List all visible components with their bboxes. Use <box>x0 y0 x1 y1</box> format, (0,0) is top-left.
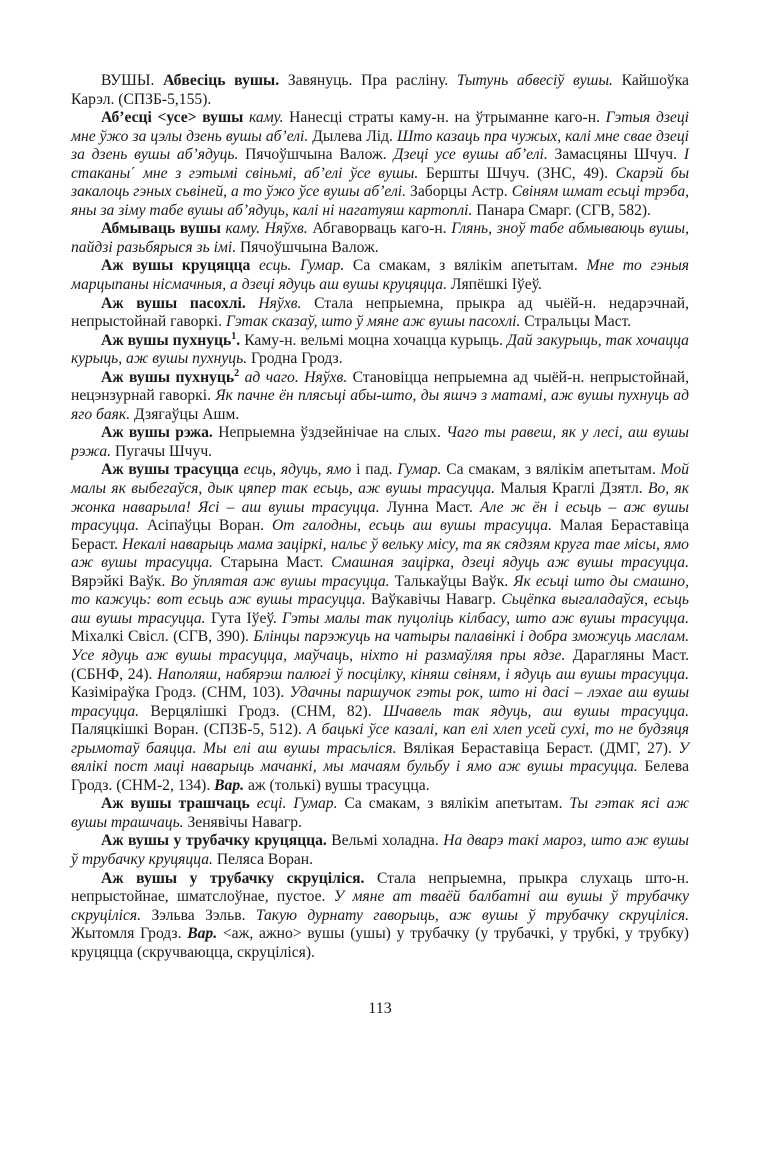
headword: Абвесіць вушы. <box>163 72 279 89</box>
body-text: Верцялішкі Гродз. (СНМ, 82). <box>139 703 383 720</box>
body-text: Казіміраўка Гродз. (СНМ, 103). <box>71 684 290 701</box>
italic-text: От галодны, есьць аш вушы трасуцца. <box>272 517 552 534</box>
body-text: Каму-н. вельмі моцна хочацца курыць. <box>240 332 507 349</box>
body-text: Вялікая Бераставіца Бераст. (ДМГ, 27). <box>397 740 679 757</box>
italic-text: Гэтак сказаў, што ў мяне аж вушы пасохлі… <box>226 313 520 330</box>
body-text: Талькаўцы Ваўк. <box>390 573 514 590</box>
body-text: Жытомля Гродз. <box>71 925 187 942</box>
italic-text: есць, ядуць, ямо <box>239 461 352 478</box>
italic-text: есці. Гумар. <box>250 795 338 812</box>
italic-text: есць. Гумар. <box>250 257 344 274</box>
dictionary-entry: Аж вушы трашчаць есці. Гумар. Са смакам,… <box>71 795 689 832</box>
body-text: Панара Смарг. (СГВ, 582). <box>472 202 651 219</box>
body-text: Пячоўшчына Валож. <box>238 146 393 163</box>
body-text: Гута Іўеў. <box>206 610 283 627</box>
body-text: Вельмі холадна. <box>327 832 443 849</box>
body-text: ВУШЫ. <box>101 72 163 89</box>
body-text: Зенявічы Навагр. <box>184 814 302 831</box>
body-text: Старына Маст. <box>213 554 331 571</box>
dictionary-entry: Аж вушы пасохлі. Няўхв. Стала непрыемна,… <box>71 295 689 332</box>
body-text: Пугачы Шчуч. <box>111 443 212 460</box>
body-text: Ваўкавічы Навагр. <box>366 591 502 608</box>
italic-text: Дзеці усе вушы аб’елі. <box>393 146 547 163</box>
body-text: Абгаворваць каго-н. <box>308 220 452 237</box>
dictionary-entry: Аж вушы трасуцца есць, ядуць, ямо і пад.… <box>71 461 689 795</box>
headword: Аж вушы круцяцца <box>101 257 250 274</box>
dictionary-entry: Аж вушы рэжа. Непрыемна ўздзейнічае на с… <box>71 424 689 461</box>
body-text: Заборцы Астр. <box>406 183 512 200</box>
italic-text: Шчавель так ядуць, аш вушы трасуцца. <box>383 703 689 720</box>
body-text: аж (толькі) вушы трасуцца. <box>244 777 430 794</box>
headword: Аж вушы трасуцца <box>101 461 239 478</box>
italic-text: каму. <box>243 109 283 126</box>
body-text: Малыя Краглі Дзятл. <box>495 480 648 497</box>
body-text: і пад. <box>351 461 397 478</box>
body-text: Стральцы Маст. <box>520 313 631 330</box>
italic-text: Гэты малы так пуцоліць кілбасу, што аж в… <box>282 610 689 627</box>
italic-text: Няўхв. <box>246 295 302 312</box>
dictionary-entry: Аж вушы круцяцца есць. Гумар. Са смакам,… <box>71 257 689 294</box>
dictionary-entry: Аж вушы пухнуць2 ад чаго. Няўхв. Станові… <box>71 369 689 425</box>
body-text: Зэльва Зэльв. <box>141 907 256 924</box>
italic-text: Во ўплятая аж вушы трасуцца. <box>170 573 389 590</box>
dictionary-entry: Аб’есці <усе> вушы каму. Нанесці страты … <box>71 109 689 220</box>
italic-text: каму. Няўхв. <box>221 220 308 237</box>
body-text: Дзягаўцы Ашм. <box>130 406 239 423</box>
body-text: Са смакам, з вялікім апетытам. <box>441 461 660 478</box>
italic-text: Такую дурнату гаворыць, аж вушы ў трубач… <box>256 907 689 924</box>
dictionary-entry: Аж вушы пухнуць1. Каму-н. вельмі моцна х… <box>71 332 689 369</box>
headword: Аж вушы рэжа. <box>101 424 213 441</box>
body-text: Асіпаўцы Воран. <box>139 517 272 534</box>
headword: Аж вушы пухнуць <box>101 369 234 386</box>
headword: Аж вушы пасохлі. <box>101 295 246 312</box>
italic-text: Наполяш, набярэш палюгі ў посцілку, кіня… <box>157 666 689 683</box>
body-text: Дылева Лід. <box>308 128 397 145</box>
body-text: Непрыемна ўздзейнічае на слых. <box>213 424 446 441</box>
body-text: Замасцяны Шчуч. <box>548 146 684 163</box>
variant-label: Вар. <box>187 925 217 942</box>
body-text: Міхалкі Свісл. (СГВ, 390). <box>71 628 253 645</box>
body-text: Завянуць. Пра расліну. <box>279 72 457 89</box>
body-text: Паляцкішкі Воран. (СПЗБ-5, 512). <box>71 721 307 738</box>
dictionary-entry: ВУШЫ. Абвесіць вушы. Завянуць. Пра раслі… <box>71 72 689 109</box>
italic-text: ад чаго. Няўхв. <box>239 369 347 386</box>
dictionary-entry: Абмываць вушы каму. Няўхв. Абгаворваць к… <box>71 220 689 257</box>
body-text: Пячоўшчына Валож. <box>236 239 379 256</box>
body-text: Лунна Маст. <box>380 499 480 516</box>
body-text: Вярэйкі Ваўк. <box>71 573 170 590</box>
italic-text: Смашная зацірка, дзеці ядуць аж вушы тра… <box>331 554 689 571</box>
body-text: Са смакам, з вялікім апетытам. <box>344 257 586 274</box>
dictionary-page: ВУШЫ. Абвесіць вушы. Завянуць. Пра раслі… <box>71 72 689 962</box>
body-text: Пеляса Воран. <box>213 851 313 868</box>
dictionary-entry: Аж вушы у трубачку скруціліся. Стала неп… <box>71 870 689 963</box>
body-text: Ляпёшкі Іўеў. <box>447 276 542 293</box>
page-number: 113 <box>0 1000 760 1018</box>
italic-text: Тытунь абвесіў вушы. <box>457 72 613 89</box>
dictionary-entry: Аж вушы у трубачку круцяцца. Вельмі хола… <box>71 832 689 869</box>
headword: Аж вушы трашчаць <box>101 795 250 812</box>
headword: Аж вушы у трубачку круцяцца. <box>101 832 327 849</box>
variant-label: Вар. <box>214 777 244 794</box>
headword: Абмываць вушы <box>101 220 221 237</box>
body-text: Нанесці страты каму-н. на ўтрыманне каго… <box>283 109 605 126</box>
body-text: Гродна Гродз. <box>247 350 343 367</box>
body-text: Са смакам, з вялікім апетытам. <box>338 795 570 812</box>
body-text: Бершты Шчуч. (ЗНС, 49). <box>418 165 615 182</box>
headword: Аб’есці <усе> вушы <box>101 109 243 126</box>
headword: Аж вушы у трубачку скруціліся. <box>101 870 364 887</box>
headword: Аж вушы пухнуць <box>101 332 231 349</box>
italic-text: Гумар. <box>397 461 441 478</box>
